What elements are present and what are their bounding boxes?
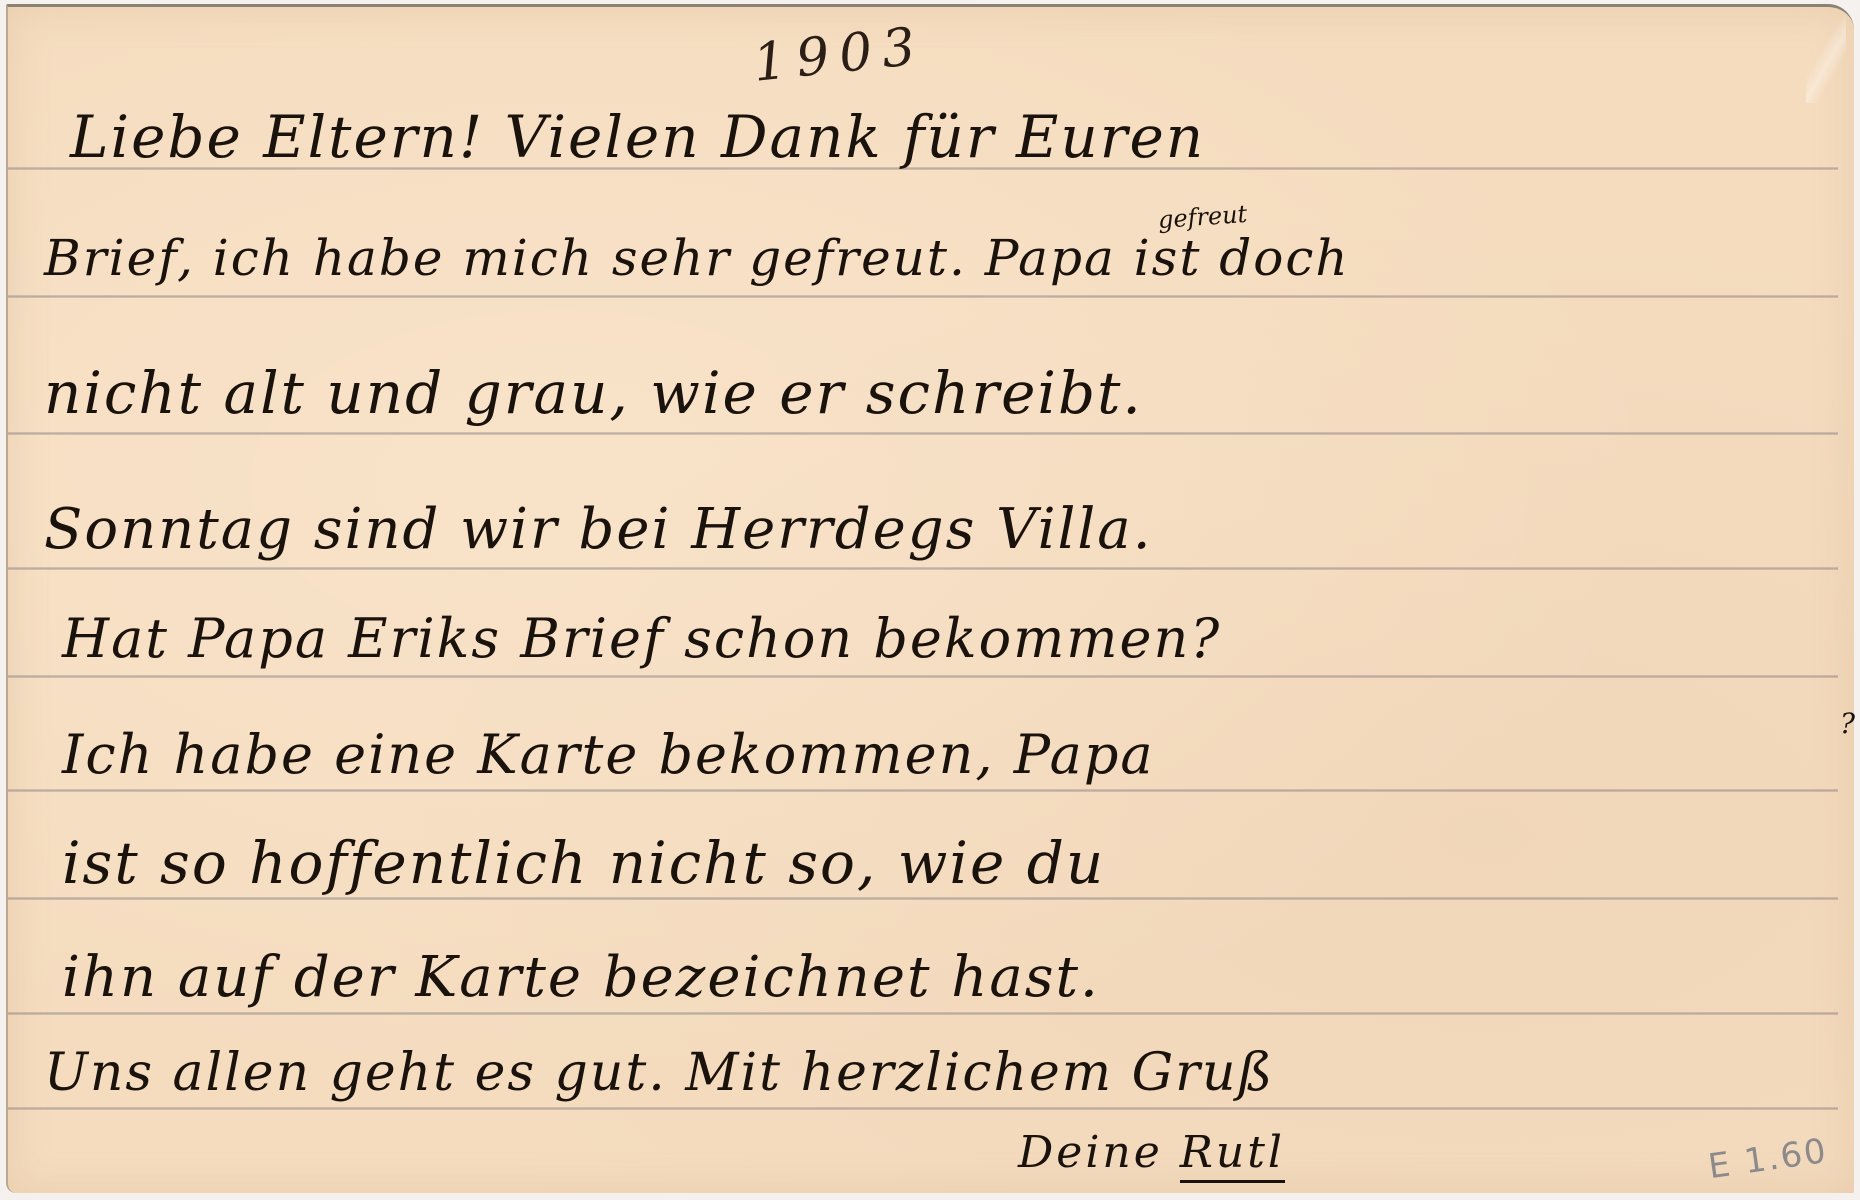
ruled-line (8, 1107, 1838, 1110)
text-line-2: Brief, ich habe mich sehr gefreut. Papa … (44, 229, 1350, 287)
ruled-line (8, 1012, 1838, 1015)
ruled-line (8, 432, 1838, 435)
corner-crease (1806, 13, 1846, 103)
postcard: 1903 gefreut Liebe Eltern! Vielen Dank f… (6, 4, 1854, 1193)
ruled-line (8, 675, 1838, 678)
closing: Deine (1018, 1127, 1163, 1178)
ruled-line (8, 897, 1838, 900)
signature-name: Rutl (1180, 1127, 1285, 1183)
text-line-1: Liebe Eltern! Vielen Dank für Euren (70, 103, 1205, 171)
text-line-8: ihn auf der Karte bezeichnet hast. (62, 945, 1100, 1010)
text-line-5: Hat Papa Eriks Brief schon bekommen? (62, 607, 1221, 670)
margin-mark: ? (1840, 707, 1855, 740)
signature-block: Deine Rutl (1018, 1127, 1285, 1178)
text-line-3: nicht alt und grau, wie er schreibt. (44, 359, 1143, 427)
ruled-line (8, 789, 1838, 792)
pencil-annotation: E 1.60 (1706, 1131, 1830, 1187)
text-line-4: Sonntag sind wir bei Herrdegs Villa. (44, 497, 1153, 562)
ruled-line (8, 567, 1838, 570)
ruled-line (8, 295, 1838, 298)
text-line-6: Ich habe eine Karte bekommen, Papa (62, 723, 1155, 786)
text-line-9: Uns allen geht es gut. Mit herzlichem Gr… (44, 1043, 1274, 1103)
text-line-7: ist so hoffentlich nicht so, wie du (62, 829, 1105, 897)
year-note: 1903 (750, 16, 928, 94)
